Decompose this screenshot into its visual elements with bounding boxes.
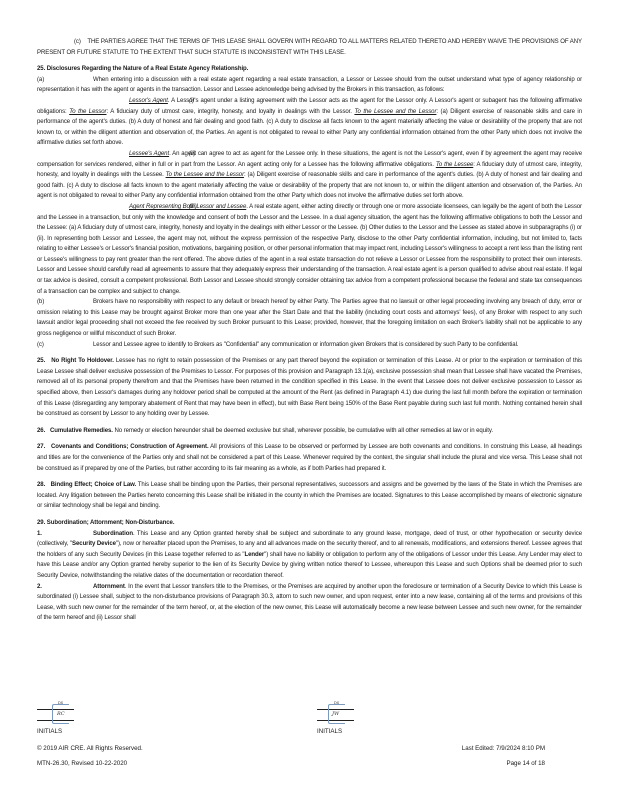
initials-left[interactable]: DS RC INITIALS bbox=[37, 700, 73, 734]
initials-signature: JW bbox=[332, 711, 339, 717]
page-number: Page 14 of 18 bbox=[506, 760, 545, 767]
paragraph-number: 2. bbox=[37, 582, 93, 593]
last-edited-text: Last Edited: 7/9/2024 8:10 PM bbox=[462, 745, 545, 752]
section-28: 28. Binding Effect; Choice of Law. This … bbox=[37, 480, 582, 512]
subparagraph-number: (i) bbox=[113, 96, 129, 107]
paragraph-text: : A fiduciary duty of utmost care, integ… bbox=[106, 109, 354, 115]
section-25-heading: 25. Disclosures Regarding the Nature of … bbox=[37, 64, 582, 75]
docusign-tag-label: DS bbox=[58, 701, 63, 705]
section-number: 27. bbox=[37, 444, 45, 450]
paragraph-label: (c) bbox=[74, 39, 81, 45]
paragraph-label: (b) bbox=[37, 297, 93, 308]
section-25-c: (c)Lessor and Lessee agree to identify t… bbox=[37, 340, 582, 351]
defined-term: To the Lessee and the Lessor bbox=[166, 172, 244, 178]
section-25-b: (b)Brokers have no responsibility with r… bbox=[37, 297, 582, 339]
paragraph-text: THE PARTIES AGREE THAT THE TERMS OF THIS… bbox=[37, 39, 582, 56]
section-title: Binding Effect; Choice of Law. bbox=[51, 482, 137, 488]
subparagraph-number: (iii) bbox=[113, 202, 129, 213]
section-title: Covenants and Conditions; Construction o… bbox=[51, 444, 209, 450]
subparagraph-number: (ii) bbox=[113, 149, 129, 160]
waiver-paragraph: (c) THE PARTIES AGREE THAT THE TERMS OF … bbox=[37, 37, 582, 58]
section-25-a-iii: (iii)Agent Representing Both Lessor and … bbox=[37, 202, 582, 297]
section-title: Cumulative Remedies. bbox=[50, 428, 113, 434]
defined-term: To the Lessor bbox=[69, 109, 106, 115]
paragraph-text: Brokers have no responsibility with resp… bbox=[37, 299, 582, 337]
paragraph-title: Attornment bbox=[93, 584, 125, 590]
section-29-2: 2.Attornment. In the event that Lessor t… bbox=[37, 582, 582, 624]
docusign-tag-label: DS bbox=[334, 701, 339, 705]
paragraph-label: (a) bbox=[37, 75, 93, 86]
paragraph-title: Subordination bbox=[93, 531, 133, 537]
paragraph-number: 1. bbox=[37, 529, 93, 540]
initials-label: INITIALS bbox=[37, 728, 62, 735]
paragraph-text: When entering into a discussion with a r… bbox=[37, 77, 582, 94]
section-26: 26. Cumulative Remedies. No remedy or el… bbox=[37, 426, 582, 437]
section-29-1: 1.Subordination. This Lease and any Opti… bbox=[37, 529, 582, 582]
section-number: 25. bbox=[37, 358, 45, 364]
section-27: 27. Covenants and Conditions; Constructi… bbox=[37, 442, 582, 474]
copyright-text: © 2019 AIR CRE. All Rights Reserved. bbox=[37, 745, 143, 752]
section-number: 28. bbox=[37, 482, 45, 488]
paragraph-text: Lessor and Lessee agree to identify to B… bbox=[93, 342, 518, 348]
section-25-a-ii: (ii)Lessee's Agent. An agent can agree t… bbox=[37, 149, 582, 202]
section-text: No remedy or election hereunder shall be… bbox=[113, 428, 493, 434]
section-number: 26. bbox=[37, 428, 45, 434]
section-title: No Right To Holdover. bbox=[51, 358, 114, 364]
section-25-a-i: (i)Lessor's Agent. A Lessor's agent unde… bbox=[37, 96, 582, 149]
section-25-holdover: 25. No Right To Holdover. Lessee has no … bbox=[37, 356, 582, 420]
defined-term: To the Lessee and the Lessor bbox=[354, 109, 436, 115]
defined-term: Lender bbox=[244, 552, 264, 558]
section-text: Lessee has no right to retain possession… bbox=[37, 358, 582, 417]
subparagraph-title: Agent Representing Both Lessor and Lesse… bbox=[129, 204, 246, 210]
subparagraph-title: Lessor's Agent bbox=[129, 98, 168, 104]
defined-term: Security Device bbox=[72, 541, 116, 547]
initials-signature: RC bbox=[57, 711, 65, 717]
initials-right[interactable]: DS JW INITIALS bbox=[317, 700, 353, 734]
section-29-heading: 29. Subordination; Attornment; Non-Distu… bbox=[37, 518, 582, 529]
document-page: (c) THE PARTIES AGREE THAT THE TERMS OF … bbox=[37, 0, 582, 624]
form-id-text: MTN-26.30, Revised 10-22-2020 bbox=[37, 760, 127, 767]
subparagraph-title: Lessee's Agent bbox=[129, 151, 169, 157]
section-25-a: (a)When entering into a discussion with … bbox=[37, 75, 582, 96]
initials-label: INITIALS bbox=[317, 728, 342, 735]
defined-term: To the Lessee bbox=[436, 162, 473, 168]
paragraph-text: . A real estate agent, either acting dir… bbox=[37, 204, 582, 295]
paragraph-label: (c) bbox=[37, 340, 93, 351]
